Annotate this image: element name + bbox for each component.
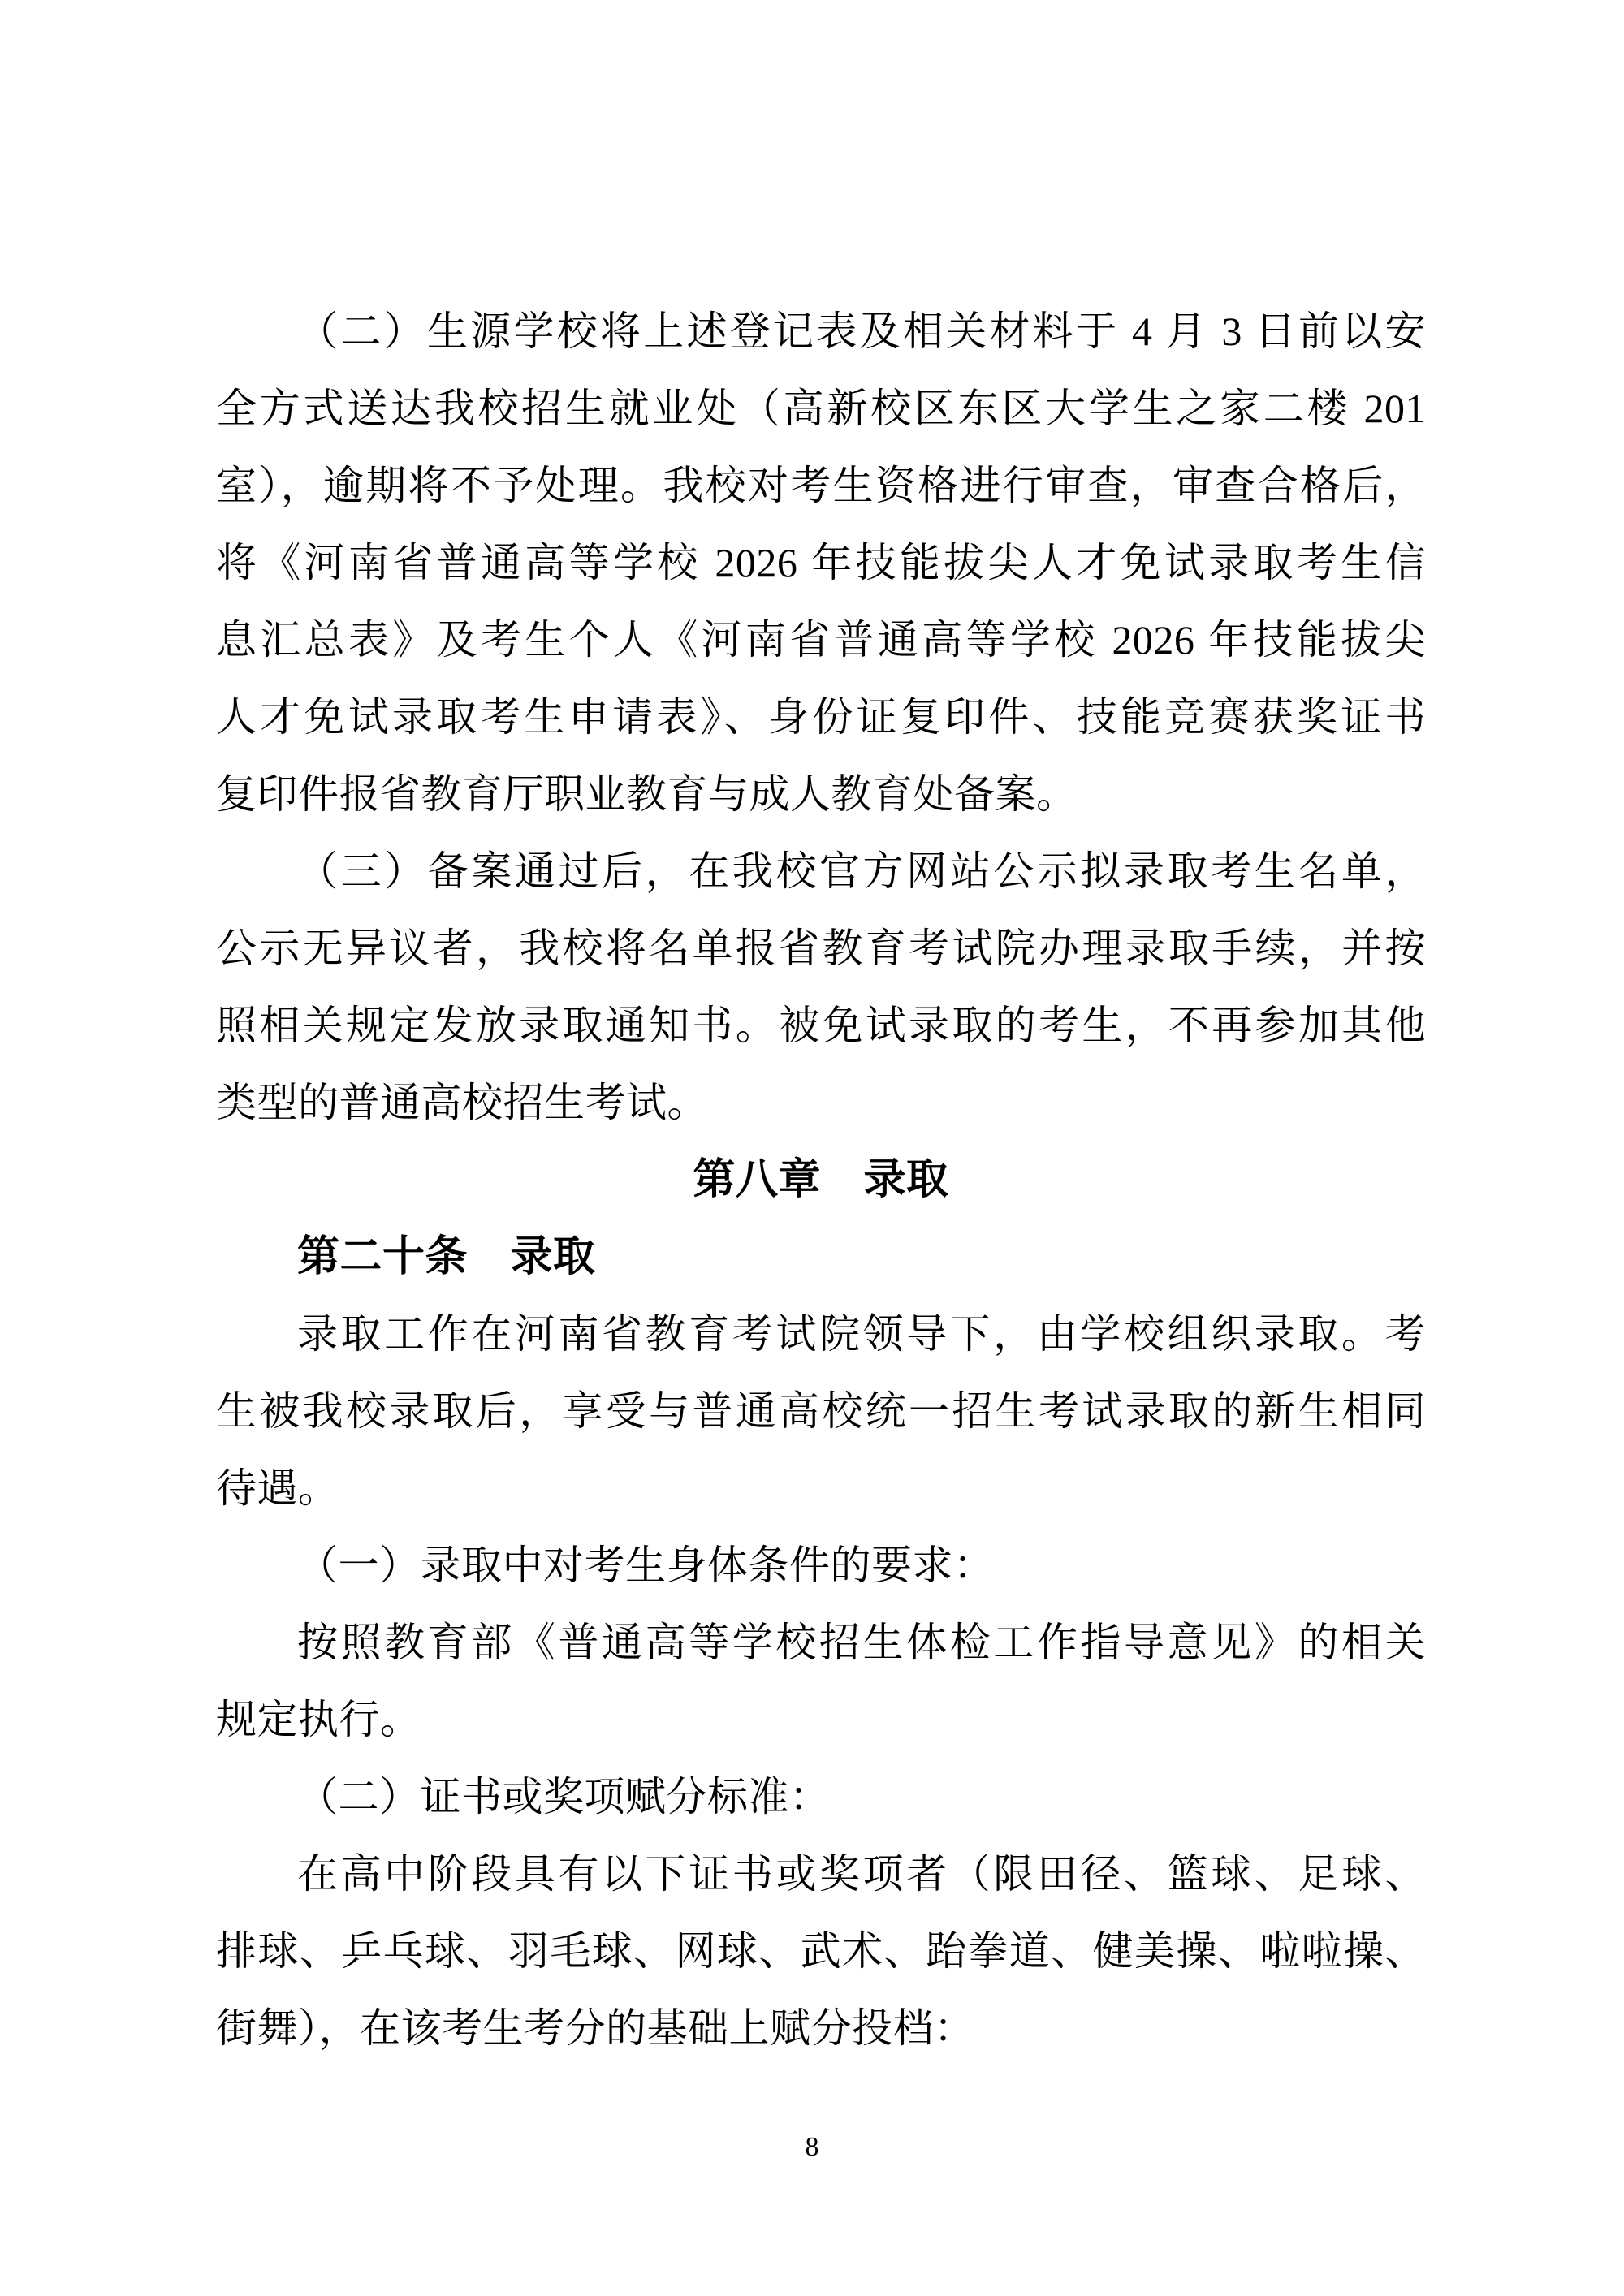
document-content: （二）生源学校将上述登记表及相关材料于 4 月 3 日前以安全方式送达我校招生就… — [216, 293, 1426, 2067]
text-line: （一）录取中对考生身体条件的要求： — [216, 1527, 1426, 1604]
text-line: 息汇总表》及考生个人《河南省普通高等学校 2026 年技能拔尖 — [216, 602, 1426, 679]
text-line: 公示无异议者，我校将名单报省教育考试院办理录取手续，并按 — [216, 910, 1426, 987]
text-line: （二）证书或奖项赋分标准： — [216, 1759, 1426, 1836]
text-line: 室），逾期将不予处理。我校对考生资格进行审查，审查合格后， — [216, 447, 1426, 524]
text-line: 生被我校录取后，享受与普通高校统一招生考试录取的新生相同 — [216, 1373, 1426, 1450]
text-line: 类型的普通高校招生考试。 — [216, 1064, 1426, 1142]
text-line: 全方式送达我校招生就业处（高新校区东区大学生之家二楼 201 — [216, 370, 1426, 447]
text-line: 将《河南省普通高等学校 2026 年技能拔尖人才免试录取考生信 — [216, 524, 1426, 602]
text-line: （二）生源学校将上述登记表及相关材料于 4 月 3 日前以安 — [216, 293, 1426, 370]
text-line: 规定执行。 — [216, 1681, 1426, 1759]
text-line: （三）备案通过后，在我校官方网站公示拟录取考生名单， — [216, 833, 1426, 910]
text-line: 复印件报省教育厅职业教育与成人教育处备案。 — [216, 756, 1426, 833]
text-line: 在高中阶段具有以下证书或奖项者（限田径、篮球、足球、 — [216, 1836, 1426, 1913]
text-line: 街舞），在该考生考分的基础上赋分投档： — [216, 1990, 1426, 2067]
chapter-heading: 第八章 录取 — [216, 1142, 1426, 1219]
text-line: 照相关规定发放录取通知书。被免试录取的考生，不再参加其他 — [216, 987, 1426, 1064]
text-line: 排球、乒乓球、羽毛球、网球、武术、跆拳道、健美操、啦啦操、 — [216, 1913, 1426, 1990]
text-line: 按照教育部《普通高等学校招生体检工作指导意见》的相关 — [216, 1604, 1426, 1681]
text-line: 待遇。 — [216, 1450, 1426, 1527]
page-number: 8 — [0, 2123, 1624, 2172]
text-line: 人才免试录取考生申请表》、身份证复印件、技能竞赛获奖证书 — [216, 679, 1426, 756]
document-page: （二）生源学校将上述登记表及相关材料于 4 月 3 日前以安全方式送达我校招生就… — [0, 0, 1624, 2296]
text-line: 录取工作在河南省教育考试院领导下，由学校组织录取。考 — [216, 1296, 1426, 1373]
article-heading: 第二十条 录取 — [216, 1219, 1426, 1296]
